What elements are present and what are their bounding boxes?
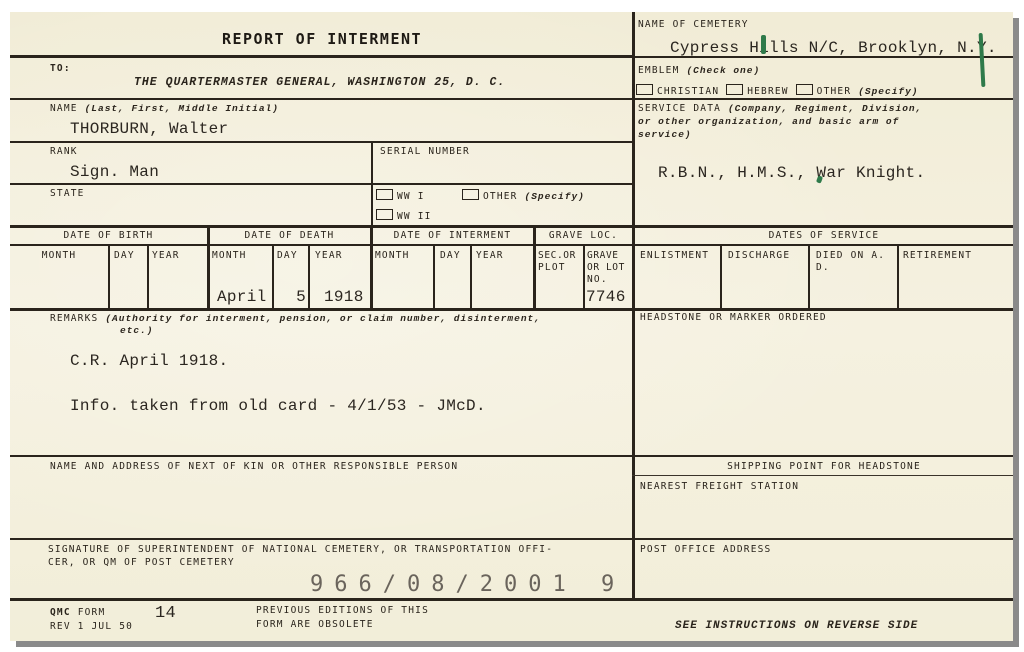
service-data-value[interactable]: R.B.N., H.M.S., War Knight. — [658, 164, 925, 182]
emblem-other-option[interactable]: OTHER (Specify) — [796, 86, 919, 97]
grave-lot-value[interactable]: 7746 — [586, 288, 626, 306]
rule — [10, 538, 1013, 540]
green-mark — [816, 175, 823, 183]
date-of-birth-header: DATE OF BIRTH — [10, 230, 207, 242]
died-on-ad-label: DIED ON A. — [816, 250, 885, 262]
birth-day-label: DAY — [114, 250, 135, 262]
birth-year-label: YEAR — [152, 250, 180, 262]
rule — [583, 244, 585, 309]
death-year-value[interactable]: 1918 — [324, 288, 364, 306]
instructions-note: SEE INSTRUCTIONS ON REVERSE SIDE — [675, 620, 918, 632]
emblem-christian-option[interactable]: CHRISTIAN — [636, 86, 719, 97]
rule — [108, 244, 110, 309]
form-number: 14 — [155, 604, 176, 623]
remarks-hint: etc.) — [120, 325, 154, 337]
ww1-checkbox[interactable] — [376, 189, 393, 200]
signature-label: SIGNATURE OF SUPERINTENDENT OF NATIONAL … — [48, 544, 553, 556]
emblem-label: EMBLEM (Check one) — [638, 65, 760, 77]
sec-plot-label: PLOT — [538, 262, 566, 274]
rule — [272, 244, 274, 309]
service-data-label: SERVICE DATA (Company, Regiment, Divisio… — [638, 103, 922, 115]
remarks-line-2[interactable]: Info. taken from old card - 4/1/53 - JMc… — [70, 397, 486, 415]
ww2-option[interactable]: WW II — [376, 209, 432, 223]
form-revision: REV 1 JUL 50 — [50, 621, 133, 633]
death-month-label: MONTH — [212, 250, 247, 262]
state-label: STATE — [50, 188, 85, 200]
obsolete-notice: FORM ARE OBSOLETE — [256, 619, 374, 631]
retirement-label: RETIREMENT — [903, 250, 972, 262]
rank-label: RANK — [50, 146, 78, 158]
sec-plot-label: SEC.OR — [538, 250, 576, 262]
to-label: TO: — [50, 63, 71, 75]
rule — [10, 55, 634, 58]
date-of-interment-header: DATE OF INTERMENT — [372, 230, 533, 242]
serial-number-label: SERIAL NUMBER — [380, 146, 470, 158]
cemetery-label: NAME OF CEMETERY — [638, 19, 749, 31]
rule — [10, 455, 1013, 457]
form-title: REPORT OF INTERMENT — [10, 30, 634, 48]
green-check-mark — [761, 35, 766, 54]
hebrew-checkbox[interactable] — [726, 84, 743, 95]
rule — [10, 225, 1013, 228]
interment-day-label: DAY — [440, 250, 461, 262]
cemetery-value[interactable]: Cypress Hills N/C, Brooklyn, N.Y. — [670, 39, 997, 57]
headstone-label: HEADSTONE OR MARKER ORDERED — [640, 312, 827, 324]
rule — [10, 183, 634, 185]
rule — [632, 475, 1013, 476]
rule — [897, 244, 899, 309]
death-day-label: DAY — [277, 250, 298, 262]
rule — [147, 244, 149, 309]
rule — [10, 244, 1013, 246]
next-of-kin-label: NAME AND ADDRESS OF NEXT OF KIN OR OTHER… — [50, 461, 458, 473]
stamped-serial-number: 966/08/2001 9 — [310, 572, 625, 597]
enlistment-label: ENLISTMENT — [640, 250, 709, 262]
rule — [10, 98, 634, 100]
rule — [720, 244, 722, 309]
rank-value[interactable]: Sign. Man — [70, 163, 159, 181]
ww1-option[interactable]: WW I — [376, 189, 425, 203]
death-year-label: YEAR — [315, 250, 343, 262]
date-of-death-header: DATE OF DEATH — [209, 230, 370, 242]
name-label-hint: (Last, First, Middle Initial) — [85, 103, 279, 114]
service-data-hint: service) — [638, 129, 692, 141]
rule — [470, 244, 472, 309]
war-other-option[interactable]: OTHER (Specify) — [462, 189, 585, 203]
rule — [371, 141, 373, 226]
signature-label: CER, OR QM OF POST CEMETERY — [48, 557, 235, 569]
nearest-freight-station-label: NEAREST FREIGHT STATION — [640, 481, 799, 493]
war-other-checkbox[interactable] — [462, 189, 479, 200]
christian-checkbox[interactable] — [636, 84, 653, 95]
rule — [808, 244, 810, 309]
birth-month-label: MONTH — [10, 250, 108, 262]
death-day-value[interactable]: 5 — [282, 288, 306, 306]
emblem-other-checkbox[interactable] — [796, 84, 813, 95]
grave-lot-label: NO. — [587, 274, 608, 286]
rule — [433, 244, 435, 309]
died-on-ad-label: D. — [816, 262, 830, 274]
interment-month-label: MONTH — [375, 250, 410, 262]
post-office-address-label: POST OFFICE ADDRESS — [640, 544, 771, 556]
rule — [10, 598, 1013, 601]
name-label: NAME (Last, First, Middle Initial) — [50, 103, 279, 115]
dates-of-service-header: DATES OF SERVICE — [635, 230, 1013, 242]
remarks-line-1[interactable]: C.R. April 1918. — [70, 352, 228, 370]
rule — [632, 98, 1013, 100]
ww2-checkbox[interactable] — [376, 209, 393, 220]
grave-loc-header: GRAVE LOC. — [535, 230, 632, 242]
discharge-label: DISCHARGE — [728, 250, 790, 262]
emblem-options: CHRISTIAN HEBREW OTHER (Specify) — [636, 84, 919, 98]
service-data-hint: or other organization, and basic arm of — [638, 116, 899, 128]
interment-year-label: YEAR — [476, 250, 504, 262]
rule — [308, 244, 310, 309]
remarks-label: REMARKS (Authority for interment, pensio… — [50, 313, 541, 325]
shipping-point-header: SHIPPING POINT FOR HEADSTONE — [635, 461, 1013, 473]
rule — [10, 308, 1013, 311]
rule — [10, 141, 634, 143]
grave-lot-label: OR LOT — [587, 262, 625, 274]
form-id: QMC FORM — [50, 607, 105, 619]
addressee: THE QUARTERMASTER GENERAL, WASHINGTON 25… — [134, 76, 505, 89]
center-divider — [632, 12, 635, 599]
grave-lot-label: GRAVE — [587, 250, 619, 262]
obsolete-notice: PREVIOUS EDITIONS OF THIS — [256, 605, 429, 617]
death-month-value[interactable]: April — [217, 288, 267, 306]
interment-report-card: REPORT OF INTERMENT TO: THE QUARTERMASTE… — [10, 12, 1013, 641]
emblem-hebrew-option[interactable]: HEBREW — [726, 86, 789, 97]
name-value[interactable]: THORBURN, Walter — [70, 120, 228, 138]
